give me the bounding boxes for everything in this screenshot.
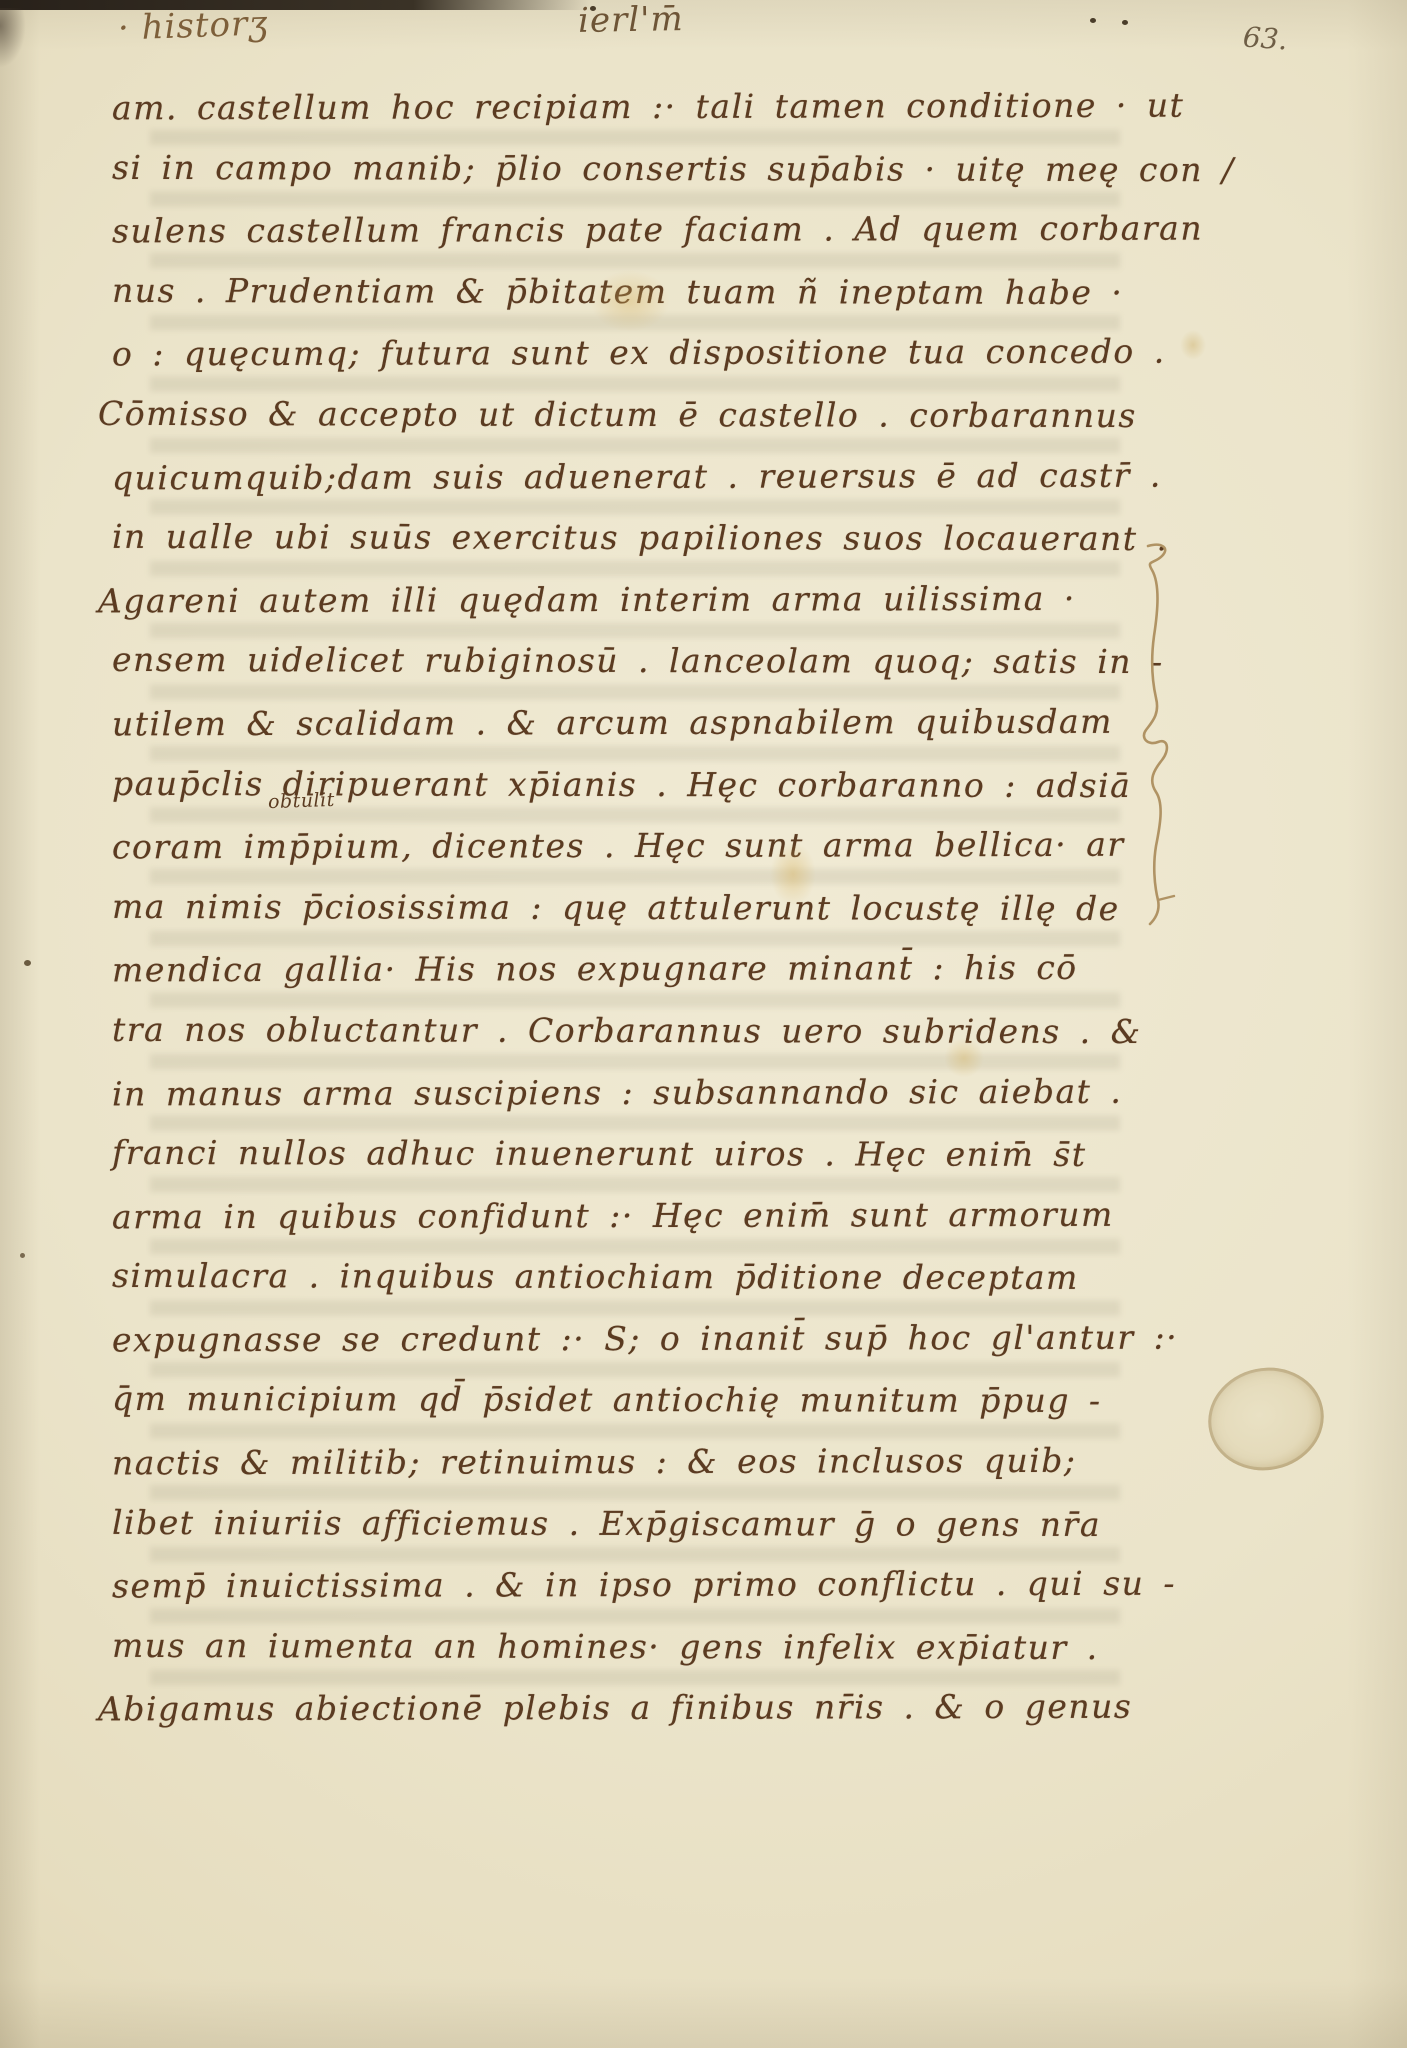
manuscript-line: o : quęcumq; futura sunt ex dispositione… [112, 321, 1152, 385]
manuscript-line: sulens castellum francis pate faciam . A… [112, 198, 1152, 262]
parchment-stain [1180, 330, 1206, 360]
manuscript-line: tra nos obluctantur . Corbarannus uero s… [112, 999, 1152, 1063]
manuscript-line: in ualle ubi suūs exercitus papiliones s… [112, 506, 1152, 570]
manuscript-line: mendica gallia· His nos expugnare minant… [112, 937, 1152, 1001]
manuscript-line: simulacra . inquibus antiochiam p̄dition… [112, 1245, 1152, 1309]
manuscript-line: am. castellum hoc recipiam :· tali tamen… [112, 75, 1152, 139]
ink-speck [590, 6, 596, 11]
manuscript-line: Agareni autem illi quędam interim arma u… [98, 567, 1152, 631]
manuscript-line: ma nimis p̄ciosissima : quę attulerunt l… [112, 876, 1152, 940]
photo-edge-shadow [0, 0, 590, 10]
corner-smudge [0, 8, 26, 68]
manuscript-line: Cōmisso & accepto ut dictum ē castello .… [98, 383, 1152, 447]
manuscript-line: expugnasse se credunt :· S; o inanit̄ su… [112, 1307, 1152, 1371]
manuscript-line: utilem & scalidam . & arcum aspnabilem q… [112, 691, 1152, 755]
ink-speck [24, 960, 31, 966]
manuscript-line: Abigamus abiectionē plebis a finibus nr̄… [98, 1676, 1152, 1740]
ink-speck [1090, 18, 1096, 23]
running-title-left: · historʒ [117, 3, 269, 48]
manuscript-line: mus an iumenta an homines· gens infelix … [112, 1615, 1152, 1679]
manuscript-line: in manus arma suscipiens : subsannando s… [112, 1060, 1152, 1124]
manuscript-line: si in campo manib; p̄lio consertis sup̄a… [112, 137, 1152, 201]
manuscript-line: quicumquib;dam suis aduenerat . reuersus… [112, 444, 1152, 508]
manuscript-line: coram imp̄pium, dicentes . Hęc sunt arma… [112, 814, 1152, 878]
ink-speck [20, 1253, 25, 1258]
parchment-flaw-oval [1199, 1357, 1334, 1481]
manuscript-line: nactis & militib; retinuimus : & eos inc… [112, 1430, 1152, 1494]
ink-speck [1122, 20, 1128, 25]
manuscript-line: franci nullos adhuc inuenerunt uiros . H… [112, 1122, 1152, 1186]
manuscript-line: nus . Prudentiam & p̄bitatem tuam ñ inep… [112, 260, 1152, 324]
manuscript-line: arma in quibus confidunt :· Hęc enim̄ su… [112, 1183, 1152, 1247]
manuscript-page: · historʒ ierl'm̄ 63. am. castellum hoc … [0, 0, 1407, 2048]
manuscript-line: ensem uidelicet rubiginosū . lanceolam q… [112, 629, 1152, 693]
manuscript-line: q̄m municipium qd̄ p̄sidet antiochię mun… [112, 1368, 1152, 1432]
manuscript-line: libet iniuriis afficiemus . Exp̄giscamur… [112, 1492, 1152, 1556]
folio-number: 63. [1242, 20, 1289, 56]
interlinear-gloss: obtulit [268, 789, 335, 813]
manuscript-line: semp̄ inuictissima . & in ipso primo con… [112, 1553, 1152, 1617]
text-block: am. castellum hoc recipiam :· tali tamen… [112, 76, 1152, 1739]
